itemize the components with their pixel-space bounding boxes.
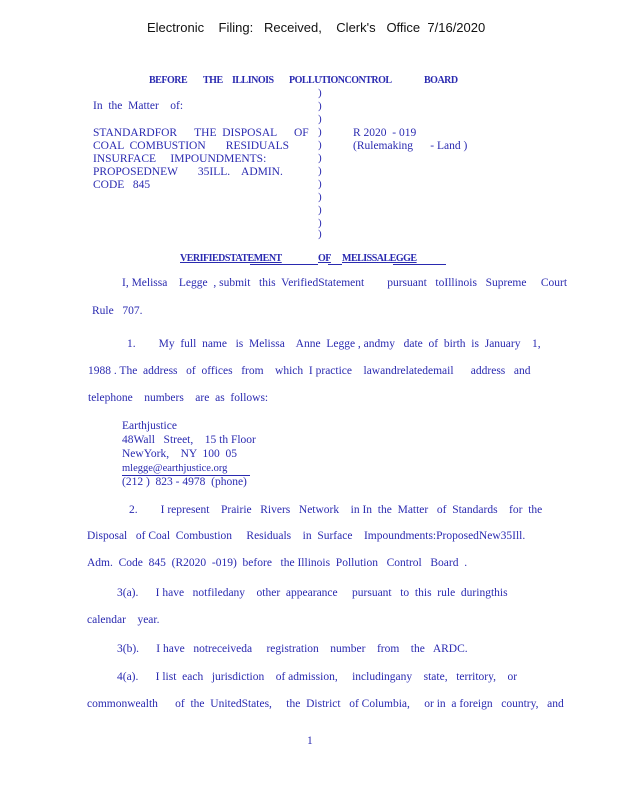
text-line: Disposal of Coal Combustion Residuals in… xyxy=(87,530,525,542)
paren: ) xyxy=(318,113,322,125)
text-line: Rule 707. xyxy=(92,305,142,317)
matter-label: In the Matter of: xyxy=(93,100,183,112)
paren: ) xyxy=(318,204,322,216)
text-line: 4(a). I list each jurisdiction of admiss… xyxy=(117,671,517,683)
title-underline xyxy=(393,253,446,265)
text-line: telephone numbers are as follows: xyxy=(88,392,268,404)
org-name: Earthjustice xyxy=(122,420,177,432)
docket-type: (Rulemaking - Land ) xyxy=(353,140,467,152)
text-line: 3(a). I have notfiledany other appearanc… xyxy=(117,587,508,599)
board-title-word: THE xyxy=(203,75,223,86)
text-line: 1. My full name is Melissa Anne Legge , … xyxy=(127,338,541,350)
paren: ) xyxy=(318,126,322,138)
text-line: calendar year. xyxy=(87,614,159,626)
matter-line: COAL COMBUSTION RESIDUALS xyxy=(93,140,289,152)
text-line: commonwealth of the UnitedStates, the Di… xyxy=(87,698,564,710)
board-title-word: BOARD xyxy=(424,75,458,86)
docket-number: R 2020 - 019 xyxy=(353,127,416,139)
text-line: 3(b). I have notreceiveda registration n… xyxy=(117,643,468,655)
board-title-word: ILLINOIS xyxy=(232,75,274,86)
text-line: 1988 . The address of offices from which… xyxy=(88,365,531,377)
paren: ) xyxy=(318,165,322,177)
text-line: Adm. Code 845 (R2020 -019) before the Il… xyxy=(87,557,467,569)
matter-line: STANDARDFOR THE DISPOSAL OF xyxy=(93,127,309,139)
street-address: 48Wall Street, 15 th Floor xyxy=(122,434,256,446)
board-title-word: BEFORE xyxy=(149,75,187,86)
paren: ) xyxy=(318,191,322,203)
matter-line: INSURFACE IMPOUNDMENTS: xyxy=(93,153,266,165)
paren: ) xyxy=(318,178,322,190)
paren: ) xyxy=(318,87,322,99)
email-link[interactable]: mlegge@earthjustice.org xyxy=(122,462,250,476)
matter-line: CODE 845 xyxy=(93,179,150,191)
title-underline xyxy=(328,253,342,265)
matter-line: PROPOSEDNEW 35ILL. ADMIN. xyxy=(93,166,283,178)
paren: ) xyxy=(318,100,322,112)
text-line: I, Melissa Legge , submit this VerifiedS… xyxy=(122,277,567,289)
paren: ) xyxy=(318,139,322,151)
city-state-zip: NewYork, NY 100 05 xyxy=(122,448,237,460)
board-title-word: POLLUTIONCONTROL xyxy=(289,75,392,86)
filing-stamp: Electronic Filing: Received, Clerk's Off… xyxy=(147,20,485,35)
email-text[interactable]: mlegge@earthjustice.org xyxy=(122,463,227,474)
paren: ) xyxy=(318,228,322,240)
paren: ) xyxy=(318,152,322,164)
text-line: 2. I represent Prairie Rivers Network in… xyxy=(129,504,542,516)
phone-number: (212 ) 823 - 4978 (phone) xyxy=(122,476,247,488)
page-number: 1 xyxy=(307,735,313,747)
title-underline xyxy=(250,253,318,265)
